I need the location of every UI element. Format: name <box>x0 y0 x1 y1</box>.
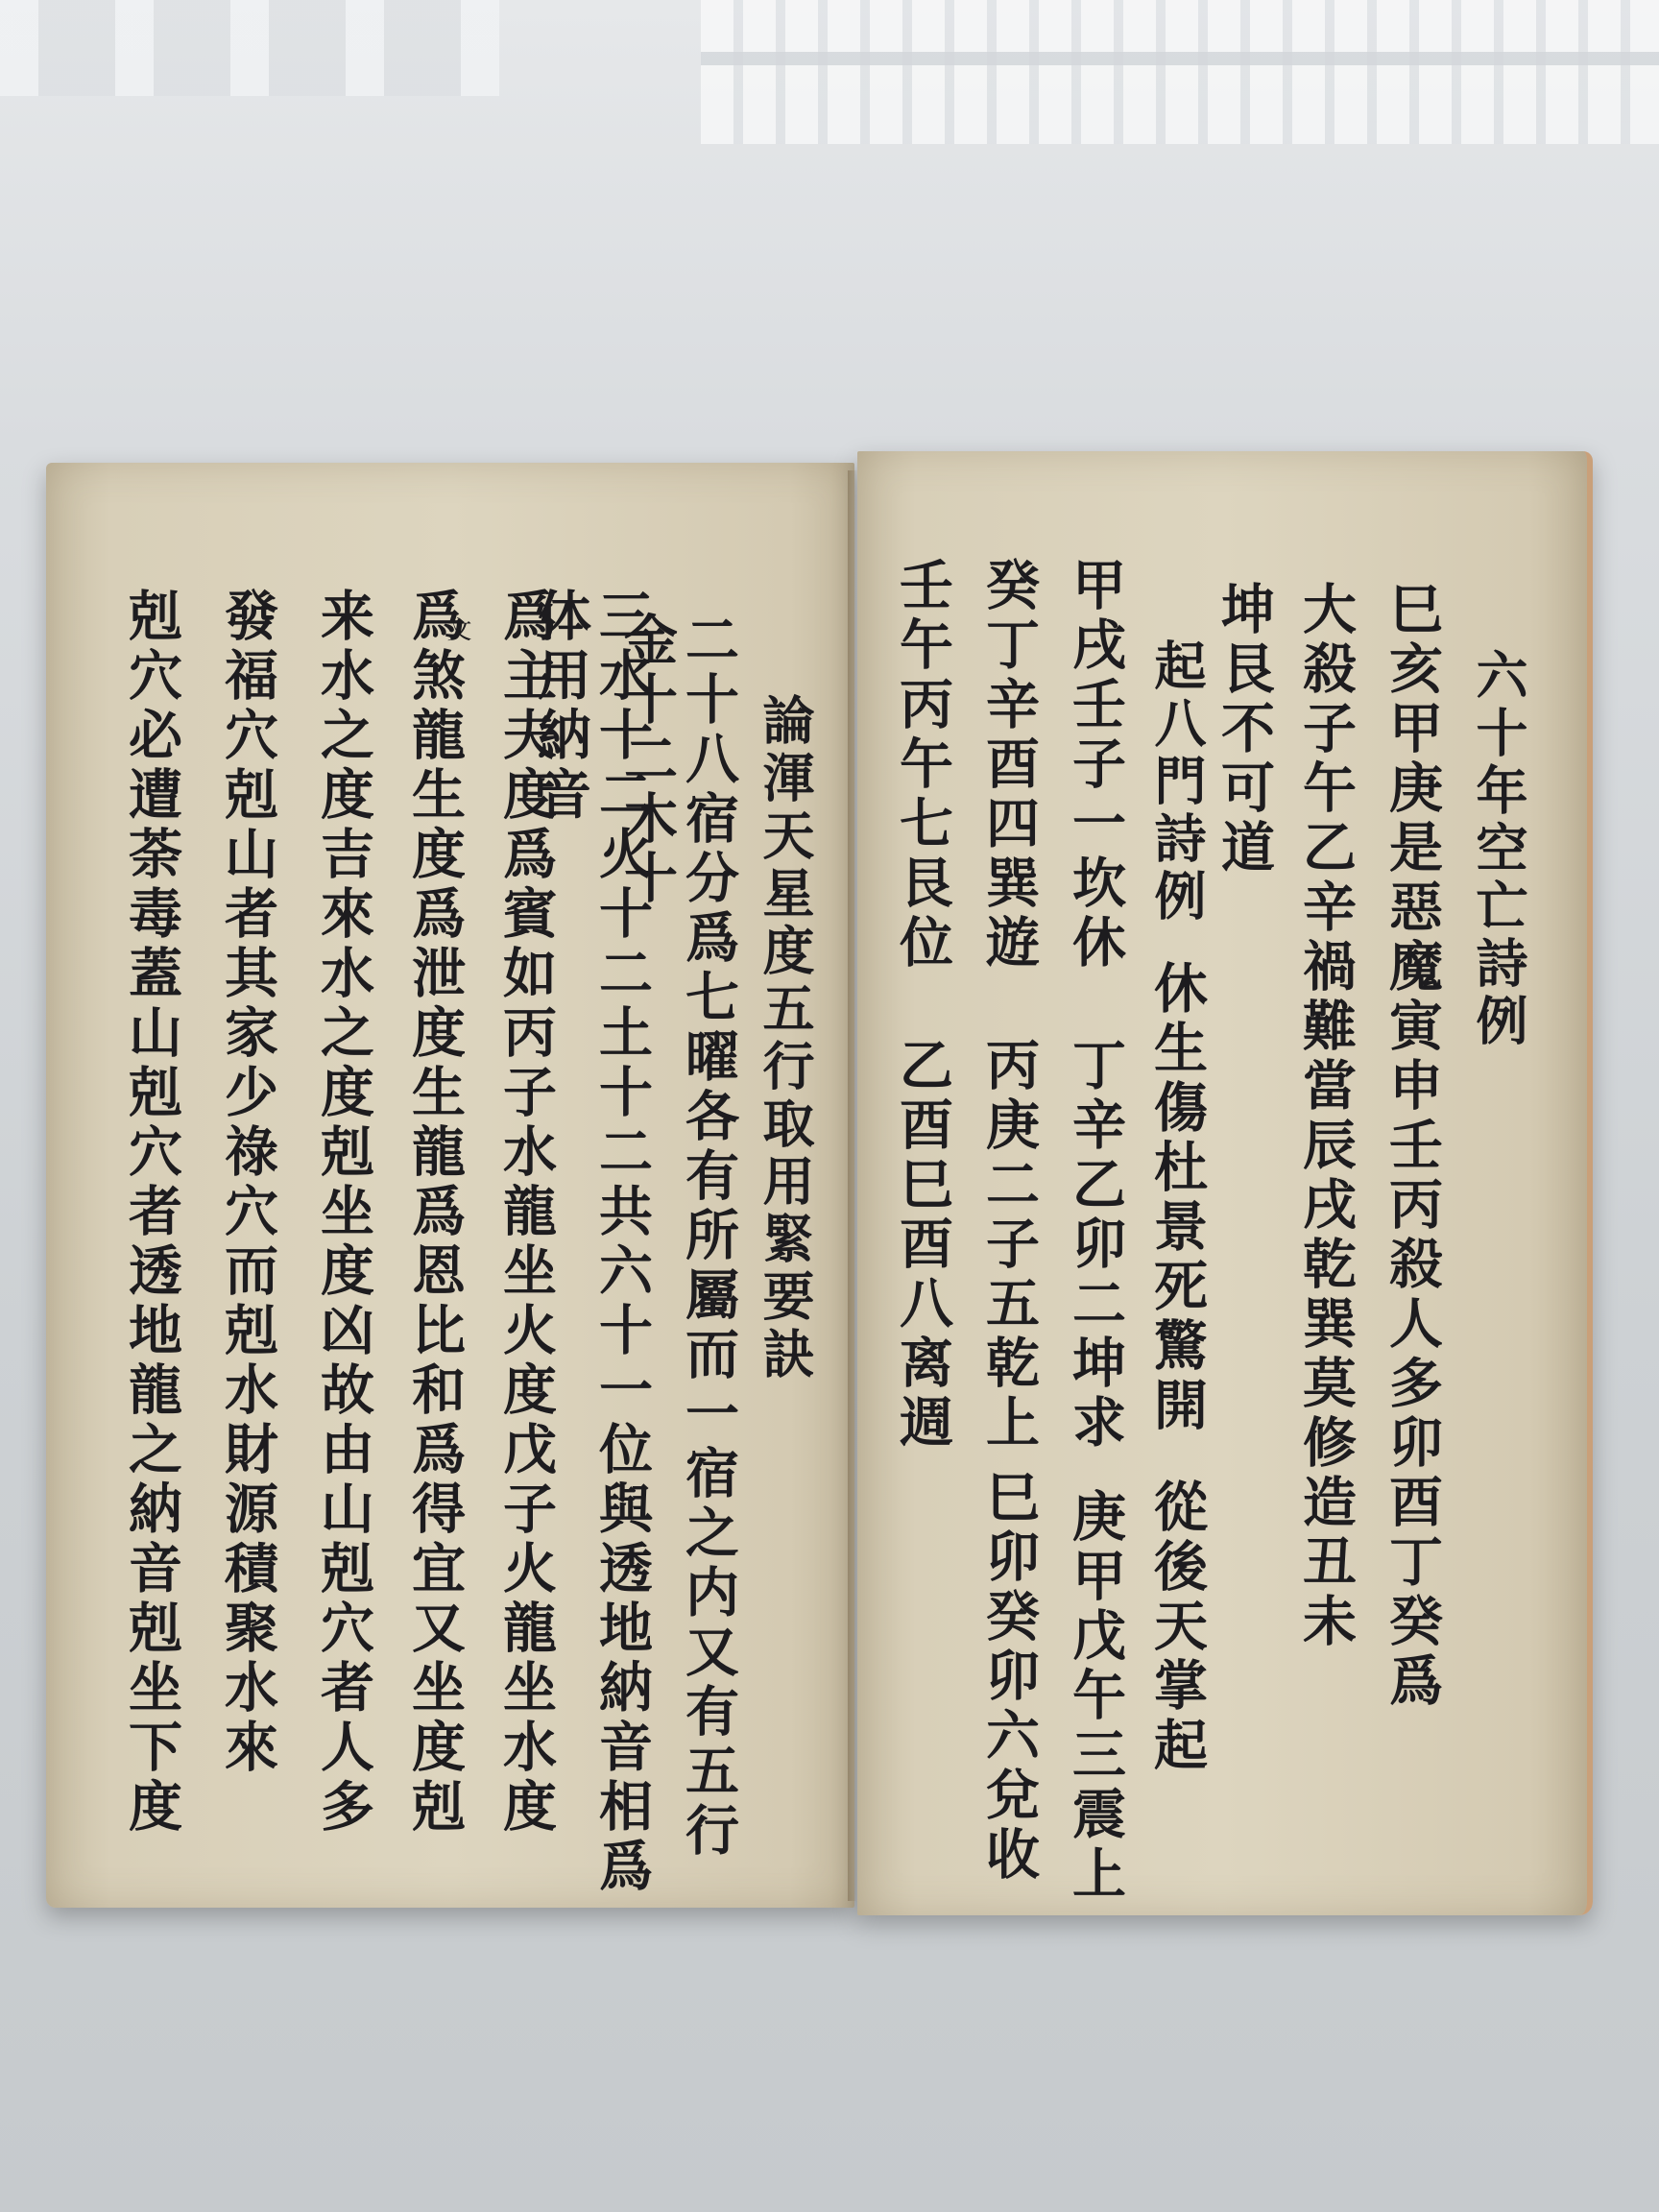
right-page-title: 六十年空亡詩例 <box>1468 648 1529 1051</box>
right-column-2: 大殺子午乙辛禍難當辰戌乾巽莫修造丑未 <box>1295 581 1357 1652</box>
left-column-6: 發福穴剋山者其家少祿穴而剋水財源積聚水來 <box>217 588 278 1778</box>
left-page-title: 論渾天星度五行取用緊要訣 <box>755 693 816 1384</box>
eight-gates-list: 休生傷杜景死驚開 <box>1146 960 1208 1436</box>
gate-verse-6: 巳卯癸卯六兌收 <box>978 1469 1040 1886</box>
right-column-1: 巳亥甲庚是惡魔寅申壬丙殺人多卯酉丁癸爲 <box>1382 581 1443 1712</box>
gate-verse-3: 庚甲戊午三震上 <box>1065 1488 1126 1905</box>
gate-verse-5: 丙庚二子五乾上 <box>978 1037 1040 1454</box>
gate-verse-7: 壬午丙午七艮位 <box>892 557 953 974</box>
right-page: 六十年空亡詩例 巳亥甲庚是惡魔寅申壬丙殺人多卯酉丁癸爲 大殺子午乙辛禍難當辰戌乾… <box>857 451 1593 1915</box>
window-reflection-left <box>0 0 499 96</box>
left-column-3: 爲主夫度爲賓如丙子水龍坐火度戊子火龍坐水度 <box>495 588 557 1838</box>
window-reflection <box>701 0 1659 144</box>
gate-verse-4: 癸丁辛酉四巽遊 <box>978 557 1040 974</box>
gate-verse-1: 甲戌壬子一坎休 <box>1065 557 1126 974</box>
gate-verse-2: 丁辛乙卯二坤求 <box>1065 1037 1126 1454</box>
left-column-5: 来水之度吉來水之度剋坐度凶故由山剋穴者人多 <box>313 588 374 1838</box>
left-page: 論渾天星度五行取用緊要訣 二十八宿分爲七曜各有所屬而一宿之内又有五行金十二木十 … <box>46 463 854 1908</box>
margin-annotation: 文 <box>440 616 475 641</box>
gate-verse-8: 乙酉巳酉八离週 <box>892 1037 953 1454</box>
eight-gates-title: 起八門詩例 <box>1146 638 1208 926</box>
left-column-7: 剋穴必遭荼毒蓋山剋穴者透地龍之納音剋坐下度 <box>121 588 182 1838</box>
palm-note: 從後天掌起 <box>1146 1479 1208 1776</box>
open-manuscript: 論渾天星度五行取用緊要訣 二十八宿分爲七曜各有所屬而一宿之内又有五行金十二木十 … <box>46 451 1592 1920</box>
right-column-3: 坤艮不可道 <box>1214 581 1275 878</box>
left-column-4: 爲煞龍生度爲泄度生龍爲恩比和爲得宜又坐度剋 <box>404 588 466 1838</box>
